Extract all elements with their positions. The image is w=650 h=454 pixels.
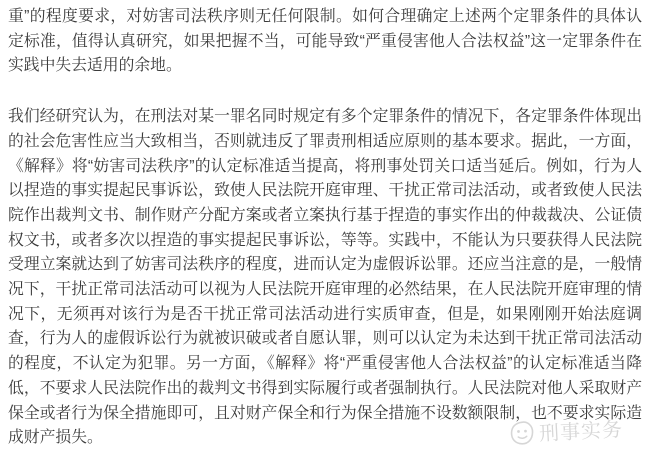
paragraph-2: 我们经研究认为，在刑法对某一罪名同时规定有多个定罪条件的情况下，各定罪条件体现出… — [8, 105, 642, 451]
paragraph-1: 重”的程度要求，对妨害司法秩序则无任何限制。如何合理确定上述两个定罪条件的具体认… — [8, 5, 642, 79]
article-page: 重”的程度要求，对妨害司法秩序则无任何限制。如何合理确定上述两个定罪条件的具体认… — [0, 0, 650, 454]
